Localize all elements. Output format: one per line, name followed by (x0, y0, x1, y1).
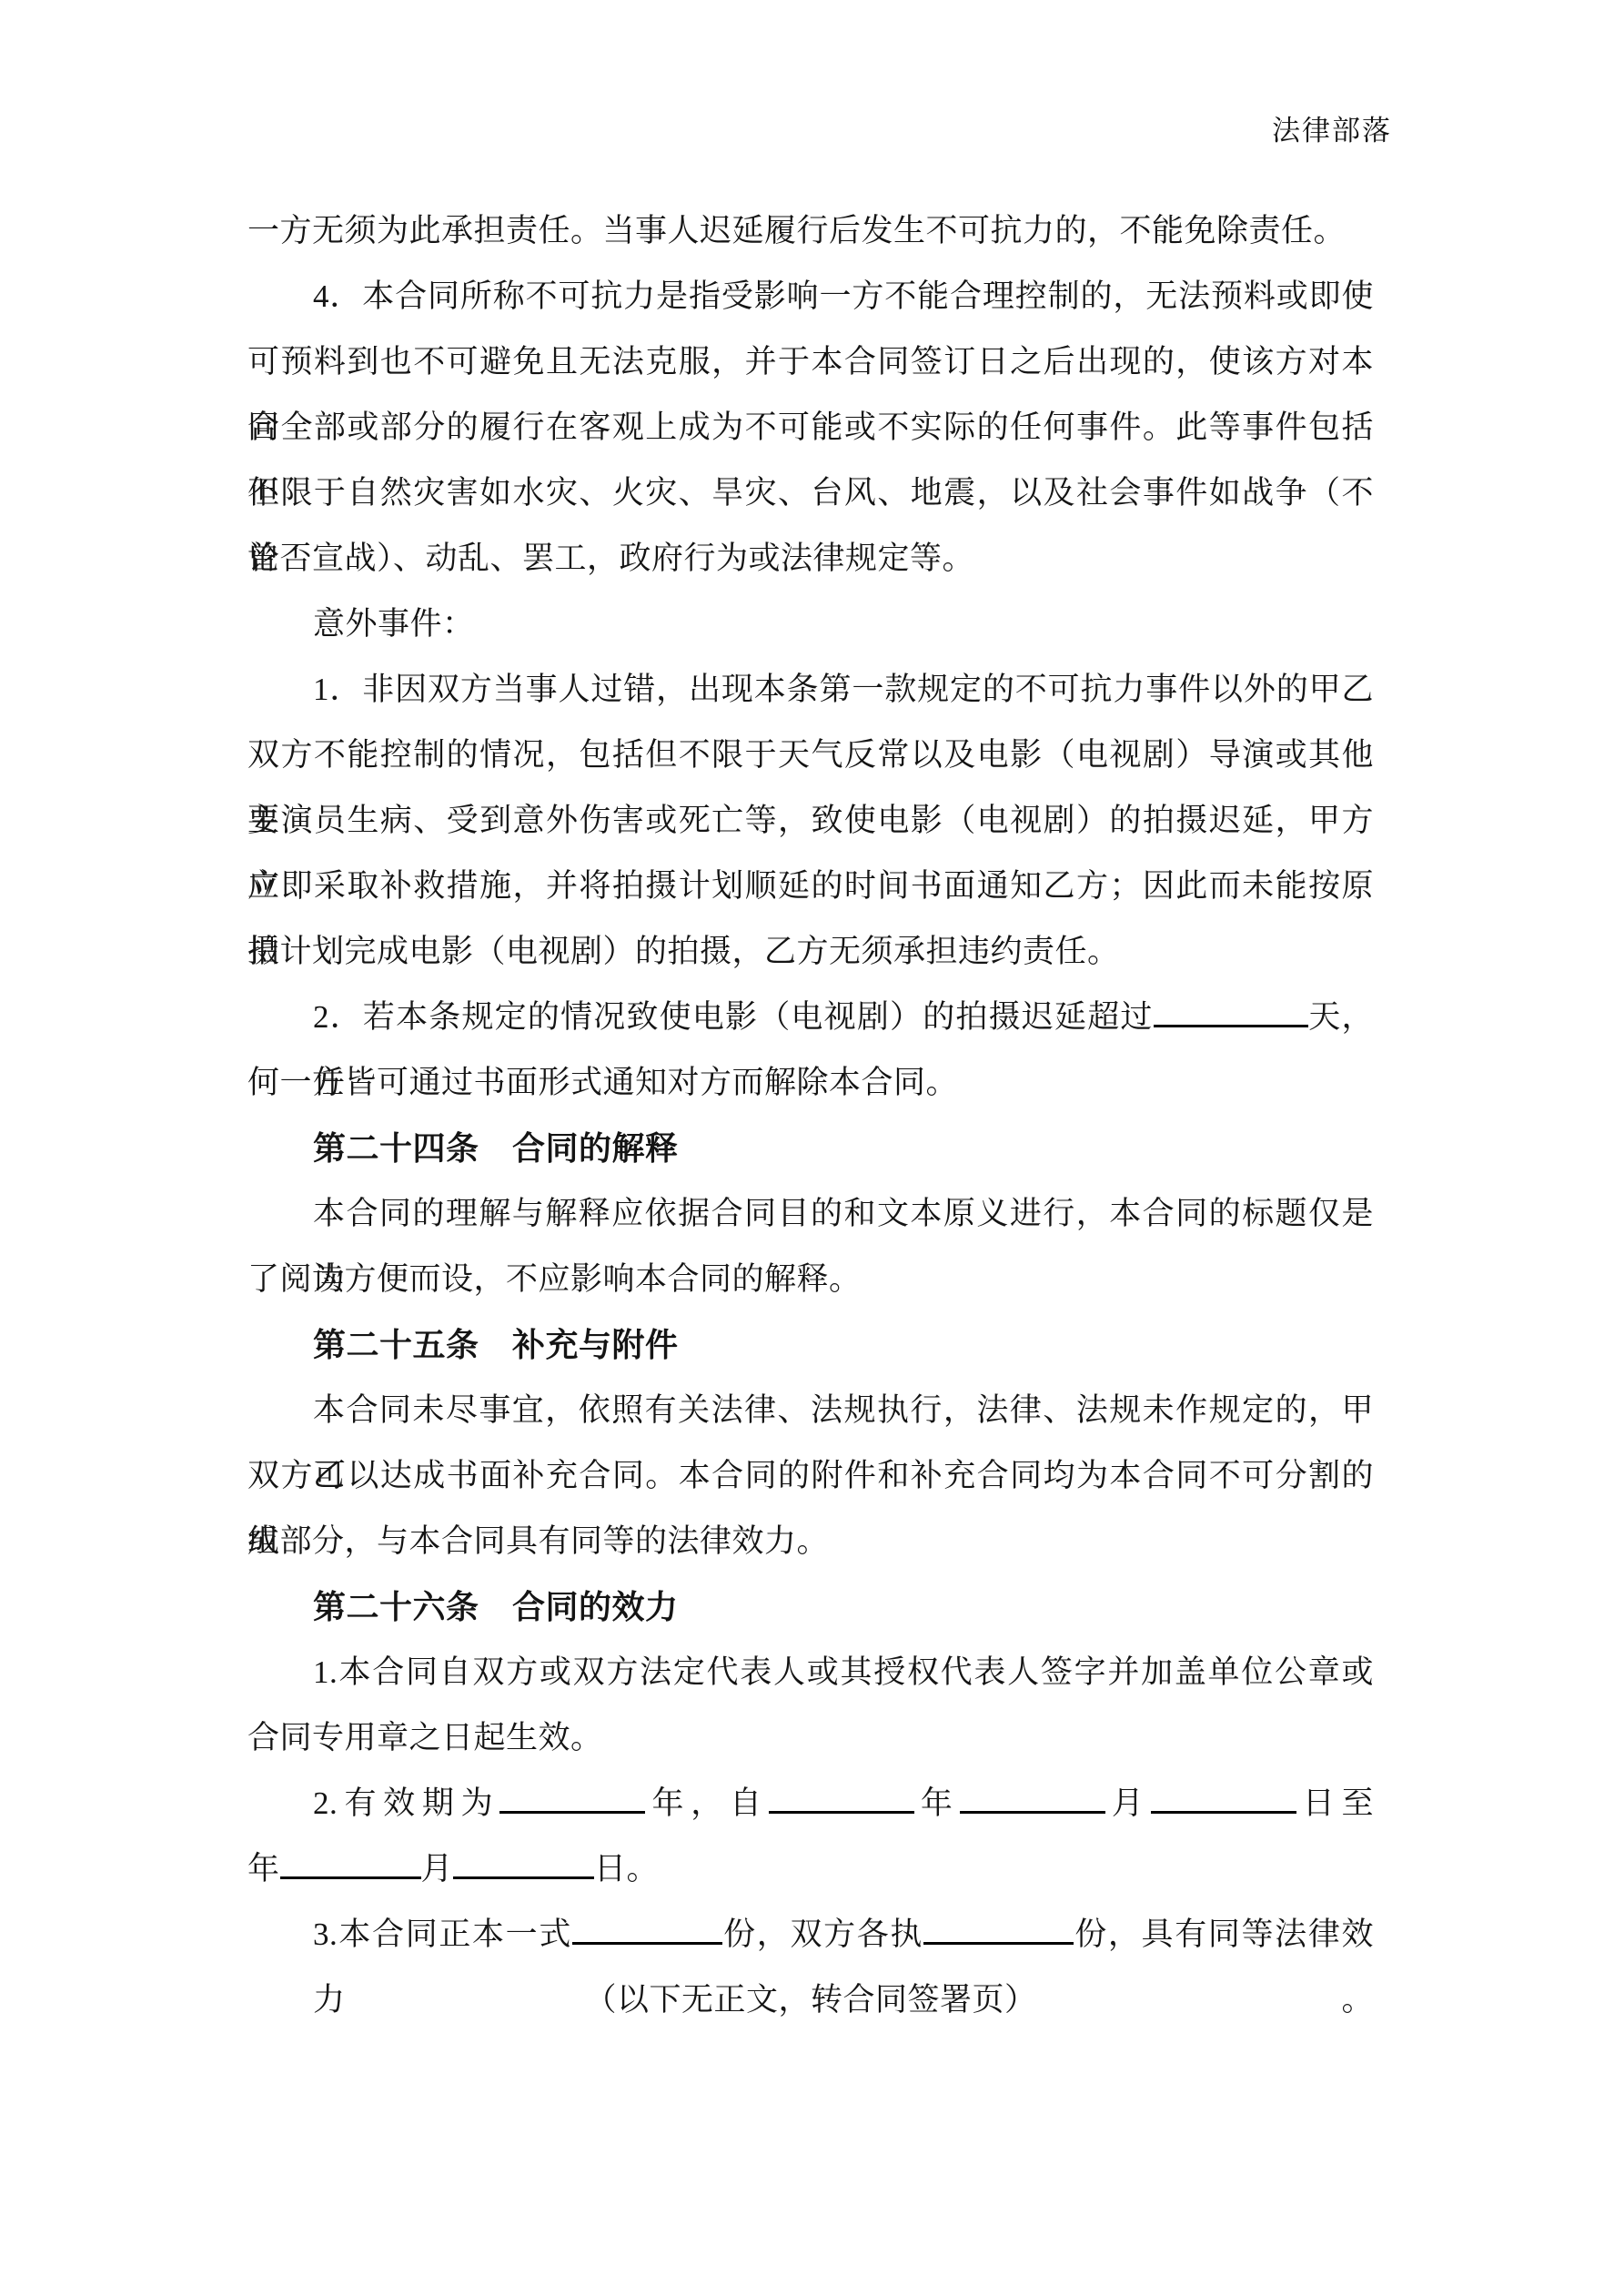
document-line: 本合同的理解与解释应依据合同目的和文本原义进行，本合同的标题仅是为 (247, 1181, 1374, 1247)
text-run: 份，双方各执 (722, 1917, 923, 1952)
document-line: 曾否宣战）、动乱、罢工，政府行为或法律规定等。 (247, 526, 1374, 592)
section-heading: 第二十五条 补充与附件 (247, 1312, 1374, 1378)
text-run: （以下无正文，转合同签署页） (584, 1982, 1036, 2018)
document-line: 不限于自然灾害如水灾、火灾、旱灾、台风、地震，以及社会事件如战争（不论 (247, 460, 1374, 526)
document-line: 何一方皆可通过书面形式通知对方而解除本合同。 (247, 1050, 1374, 1116)
document-line: 要演员生病、受到意外伤害或死亡等，致使电影（电视剧）的拍摄迟延，甲方应 (247, 788, 1374, 854)
text-run: 1.本合同自双方或双方法定代表人或其授权代表人签字并加盖单位公章或 (313, 1654, 1374, 1690)
document-line: 一方无须为此承担责任。当事人迟延履行后发生不可抗力的，不能免除责任。 (247, 198, 1374, 264)
fill-in-blank-line (453, 1840, 594, 1879)
text-run: 2.有效期为 (313, 1785, 499, 1821)
header-brand-text: 法律部落 (1272, 113, 1392, 149)
document-body: 一方无须为此承担责任。当事人迟延履行后发生不可抗力的，不能免除责任。4．本合同所… (247, 198, 1374, 2033)
document-line: 1．非因双方当事人过错，出现本条第一款规定的不可抗力事件以外的甲乙 (247, 657, 1374, 723)
text-run: 月 (1105, 1785, 1151, 1821)
text-run: 意外事件： (313, 606, 475, 642)
section-heading: 第二十六条 合同的效力 (247, 1574, 1374, 1640)
document-line: 了阅读方便而设，不应影响本合同的解释。 (247, 1247, 1374, 1312)
document-line: 可预料到也不可避免且无法克服，并于本合同签订日之后出现的，使该方对本合 (247, 329, 1374, 395)
fill-in-blank-line (280, 1840, 421, 1879)
fill-in-blank-line (769, 1775, 914, 1814)
document-line: 3.本合同正本一式份，双方各执份，具有同等法律效力。 (247, 1902, 1374, 1967)
document-line: 本合同未尽事宜，依照有关法律、法规执行，法律、法规未作规定的，甲乙 (247, 1378, 1374, 1443)
text-run: 一方无须为此承担责任。当事人迟延履行后发生不可抗力的，不能免除责任。 (247, 213, 1346, 248)
document-line: 摄计划完成电影（电视剧）的拍摄，乙方无须承担违约责任。 (247, 919, 1374, 985)
contract-document-page: 法律部落 一方无须为此承担责任。当事人迟延履行后发生不可抗力的，不能免除责任。4… (0, 0, 1624, 2296)
fill-in-blank-line (572, 1906, 722, 1945)
fill-in-blank-line (1154, 988, 1308, 1027)
document-line: 2.有效期为年，自年月日至 (247, 1771, 1374, 1836)
text-run: 4．本合同所称不可抗力是指受影响一方不能合理控制的，无法预料或即使 (313, 278, 1374, 314)
fill-in-blank-line (923, 1906, 1074, 1945)
text-run: 曾否宣战）、动乱、罢工，政府行为或法律规定等。 (247, 541, 974, 576)
text-run: 1．非因双方当事人过错，出现本条第一款规定的不可抗力事件以外的甲乙 (313, 672, 1374, 707)
text-run: 第二十六条 合同的效力 (313, 1588, 679, 1625)
document-line: 成部分，与本合同具有同等的法律效力。 (247, 1509, 1374, 1574)
text-run: 第二十五条 补充与附件 (313, 1326, 679, 1363)
text-run: 摄计划完成电影（电视剧）的拍摄，乙方无须承担违约责任。 (247, 934, 1120, 969)
text-run: 3.本合同正本一式 (313, 1917, 572, 1952)
text-run: 合同专用章之日起生效。 (247, 1720, 603, 1755)
document-line: 2．若本条规定的情况致使电影（电视剧）的拍摄迟延超过天，任 (247, 985, 1374, 1050)
document-line: 双方可以达成书面补充合同。本合同的附件和补充合同均为本合同不可分割的组 (247, 1443, 1374, 1509)
text-run: 第二十四条 合同的解释 (313, 1129, 679, 1167)
fill-in-blank-line (1151, 1775, 1296, 1814)
document-line: 合同专用章之日起生效。 (247, 1705, 1374, 1771)
document-line: 双方不能控制的情况，包括但不限于天气反常以及电影（电视剧）导演或其他主 (247, 723, 1374, 788)
text-run: 何一方皆可通过书面形式通知对方而解除本合同。 (247, 1065, 958, 1100)
text-run: 月 (421, 1851, 454, 1886)
fill-in-blank-line (499, 1775, 645, 1814)
fill-in-blank-line (960, 1775, 1105, 1814)
text-run: 年，自 (645, 1785, 768, 1821)
section-heading: 第二十四条 合同的解释 (247, 1116, 1374, 1181)
document-line: 意外事件： (247, 592, 1374, 657)
text-run: 年 (247, 1851, 280, 1886)
document-line: 同全部或部分的履行在客观上成为不可能或不实际的任何事件。此等事件包括但 (247, 395, 1374, 460)
text-run: 2．若本条规定的情况致使电影（电视剧）的拍摄迟延超过 (313, 999, 1154, 1035)
document-line: 年月日。 (247, 1836, 1374, 1902)
document-line: 4．本合同所称不可抗力是指受影响一方不能合理控制的，无法预料或即使 (247, 264, 1374, 329)
text-run: 了阅读方便而设，不应影响本合同的解释。 (247, 1261, 862, 1297)
text-run: 日至 (1296, 1785, 1374, 1821)
document-line: 立即采取补救措施，并将拍摄计划顺延的时间书面通知乙方；因此而未能按原拍 (247, 854, 1374, 919)
text-run: 日。 (594, 1851, 659, 1886)
text-run: 成部分，与本合同具有同等的法律效力。 (247, 1523, 829, 1559)
text-run: 年 (914, 1785, 960, 1821)
document-line: 1.本合同自双方或双方法定代表人或其授权代表人签字并加盖单位公章或 (247, 1640, 1374, 1705)
